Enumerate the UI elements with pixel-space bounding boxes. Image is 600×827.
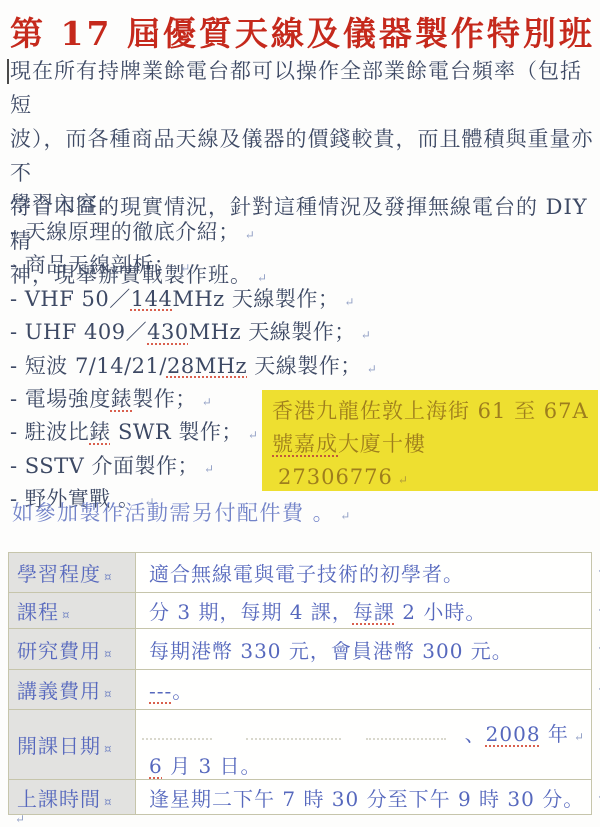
list-item: - 商品天線剖析；↵ [10, 250, 330, 283]
erased-text-remnant [366, 738, 446, 740]
list-item: - UHF 409／430MHz 天線製作；↵ [10, 317, 330, 350]
paragraph-mark-icon: ↵ [248, 428, 259, 442]
address-text: 香港九龍佐敦上海街 61 至 67A [272, 399, 589, 423]
list-item-text: - VHF 50／144MHz 天線製作； [10, 287, 339, 311]
line-break-mark-icon: ↵ [574, 730, 585, 744]
row-label-cell: 學習程度¤ [9, 553, 136, 593]
row-label-cell: 講義費用¤ [9, 670, 136, 710]
paragraph-mark-icon: ↵ [245, 228, 256, 242]
table-row: 課程¤ 分 3 期，每期 4 課，每課 2 小時。 [9, 593, 592, 629]
cell-mark-icon: ¤ [104, 687, 113, 701]
list-item-text: - 駐波比錶 SWR 製作； [10, 420, 243, 444]
date-text: 、2008 年 [465, 722, 569, 746]
phone-text: 27306776 [278, 465, 393, 489]
row-label: 研究費用 [17, 639, 101, 663]
paragraph-mark-icon: ↵ [15, 812, 25, 826]
table-row: 開課日期¤ 、2008 年↵ 6 月 3 日。 [9, 710, 592, 780]
row-label: 講義費用 [17, 679, 101, 703]
paragraph-mark-icon: ↵ [125, 200, 136, 214]
paragraph-mark-icon: ↵ [344, 295, 355, 309]
table-row: 研究費用¤ 每期港幣 330 元，會員港幣 300 元。 [9, 629, 592, 670]
course-info-table: 學習程度¤ 適合無線電與電子技術的初學者。 課程¤ 分 3 期，每期 4 課，每… [8, 552, 592, 815]
heading-text: 學習內容： [10, 192, 120, 216]
cell-mark-icon: ¤ [104, 570, 113, 584]
text-cursor-bar [7, 59, 9, 84]
cell-mark-icon: ¤ [104, 742, 113, 756]
list-item-text: - 短波 7/14/21/28MHz 天線製作； [10, 354, 362, 378]
paragraph-mark-icon: ↵ [340, 509, 352, 523]
paragraph-mark-icon: ↵ [180, 261, 191, 275]
intro-line: 現在所有持牌業餘電台都可以操作全部業餘電台頻率（包括短 [10, 54, 595, 122]
cell-mark-icon: ¤ [104, 795, 113, 809]
row-value-cell: 分 3 期，每期 4 課，每課 2 小時。 [136, 593, 592, 629]
address-line: 號嘉成大廈十樓 [272, 428, 598, 461]
erased-text-remnant [142, 738, 212, 740]
row-value: ---。 [149, 679, 193, 703]
list-item-text: - 天線原理的徹底介紹； [10, 220, 240, 244]
intro-line: 波），而各種商品天線及儀器的價錢較貴，而且體積與重量亦不 [10, 122, 595, 190]
row-value-cell: 每期港幣 330 元，會員港幣 300 元。 [136, 629, 592, 670]
paragraph-mark-icon: ↵ [367, 362, 378, 376]
start-date-line1: 、2008 年↵ [465, 718, 585, 747]
table-row: 講義費用¤ ---。 [9, 670, 592, 710]
row-label: 開課日期 [17, 734, 101, 758]
page-title-text: 第 17 屆優質天線及儀器製作特別班 [10, 14, 595, 53]
parts-fee-note: 如參加製作活動需另付配件費 。↵ [12, 497, 352, 527]
row-value: 逢星期二下午 7 時 30 分至下午 9 時 30 分。 [149, 787, 584, 811]
table-row: 學習程度¤ 適合無線電與電子技術的初學者。 [9, 553, 592, 593]
list-item: - 天線原理的徹底介紹；↵ [10, 217, 330, 250]
cell-mark-icon: ¤ [62, 608, 71, 622]
row-label: 學習程度 [17, 562, 101, 586]
document-page: 第 17 屆優質天線及儀器製作特別班↵ 現在所有持牌業餘電台都可以操作全部業餘電… [0, 0, 600, 827]
row-label-cell: 開課日期¤ [9, 710, 136, 780]
row-label: 上課時間 [17, 787, 101, 811]
paragraph-mark-icon: ↵ [361, 328, 372, 342]
row-value-cell: 、2008 年↵ 6 月 3 日。 [136, 710, 592, 780]
phone-number: 27306776↵ [272, 461, 598, 497]
row-label: 課程 [17, 600, 59, 624]
list-item: - VHF 50／144MHz 天線製作；↵ [10, 284, 330, 317]
row-value: 分 3 期，每期 4 課，每課 2 小時。 [149, 600, 486, 624]
page-title: 第 17 屆優質天線及儀器製作特別班↵ [10, 8, 595, 55]
address-line: 香港九龍佐敦上海街 61 至 67A [272, 395, 598, 428]
list-item-text: - 商品天線剖析； [10, 253, 175, 277]
row-value-cell: 逢星期二下午 7 時 30 分至下午 9 時 30 分。 [136, 780, 592, 815]
date-text: 6 月 3 日。 [149, 754, 262, 778]
cell-mark-icon: ¤ [104, 647, 113, 661]
paragraph-mark-icon: ↵ [398, 473, 409, 487]
start-date-line2: 6 月 3 日。 [149, 750, 262, 779]
row-label-cell: 研究費用¤ [9, 629, 136, 670]
list-item-text: - UHF 409／430MHz 天線製作； [10, 320, 356, 344]
paragraph-mark-icon: ↵ [202, 395, 213, 409]
table-row: 上課時間¤ 逢星期二下午 7 時 30 分至下午 9 時 30 分。 [9, 780, 592, 815]
address-text: 號嘉成大廈十樓 [272, 432, 426, 456]
list-item-text: - 電場強度錶製作； [10, 387, 197, 411]
erased-text-remnant [246, 738, 341, 740]
note-text: 如參加製作活動需另付配件費 。 [12, 501, 335, 525]
row-value: 適合無線電與電子技術的初學者。 [149, 562, 464, 586]
row-value: 每期港幣 330 元，會員港幣 300 元。 [149, 639, 513, 663]
address-highlight-box: 香港九龍佐敦上海街 61 至 67A 號嘉成大廈十樓 27306776↵ [262, 390, 598, 491]
list-item: - 短波 7/14/21/28MHz 天線製作；↵ [10, 351, 330, 384]
row-label-cell: 上課時間¤ [9, 780, 136, 815]
row-value-cell: ---。 [136, 670, 592, 710]
row-label-cell: 課程¤ [9, 593, 136, 629]
list-item-text: - SSTV 介面製作； [10, 454, 199, 478]
row-value-cell: 適合無線電與電子技術的初學者。 [136, 553, 592, 593]
paragraph-mark-icon: ↵ [204, 462, 215, 476]
